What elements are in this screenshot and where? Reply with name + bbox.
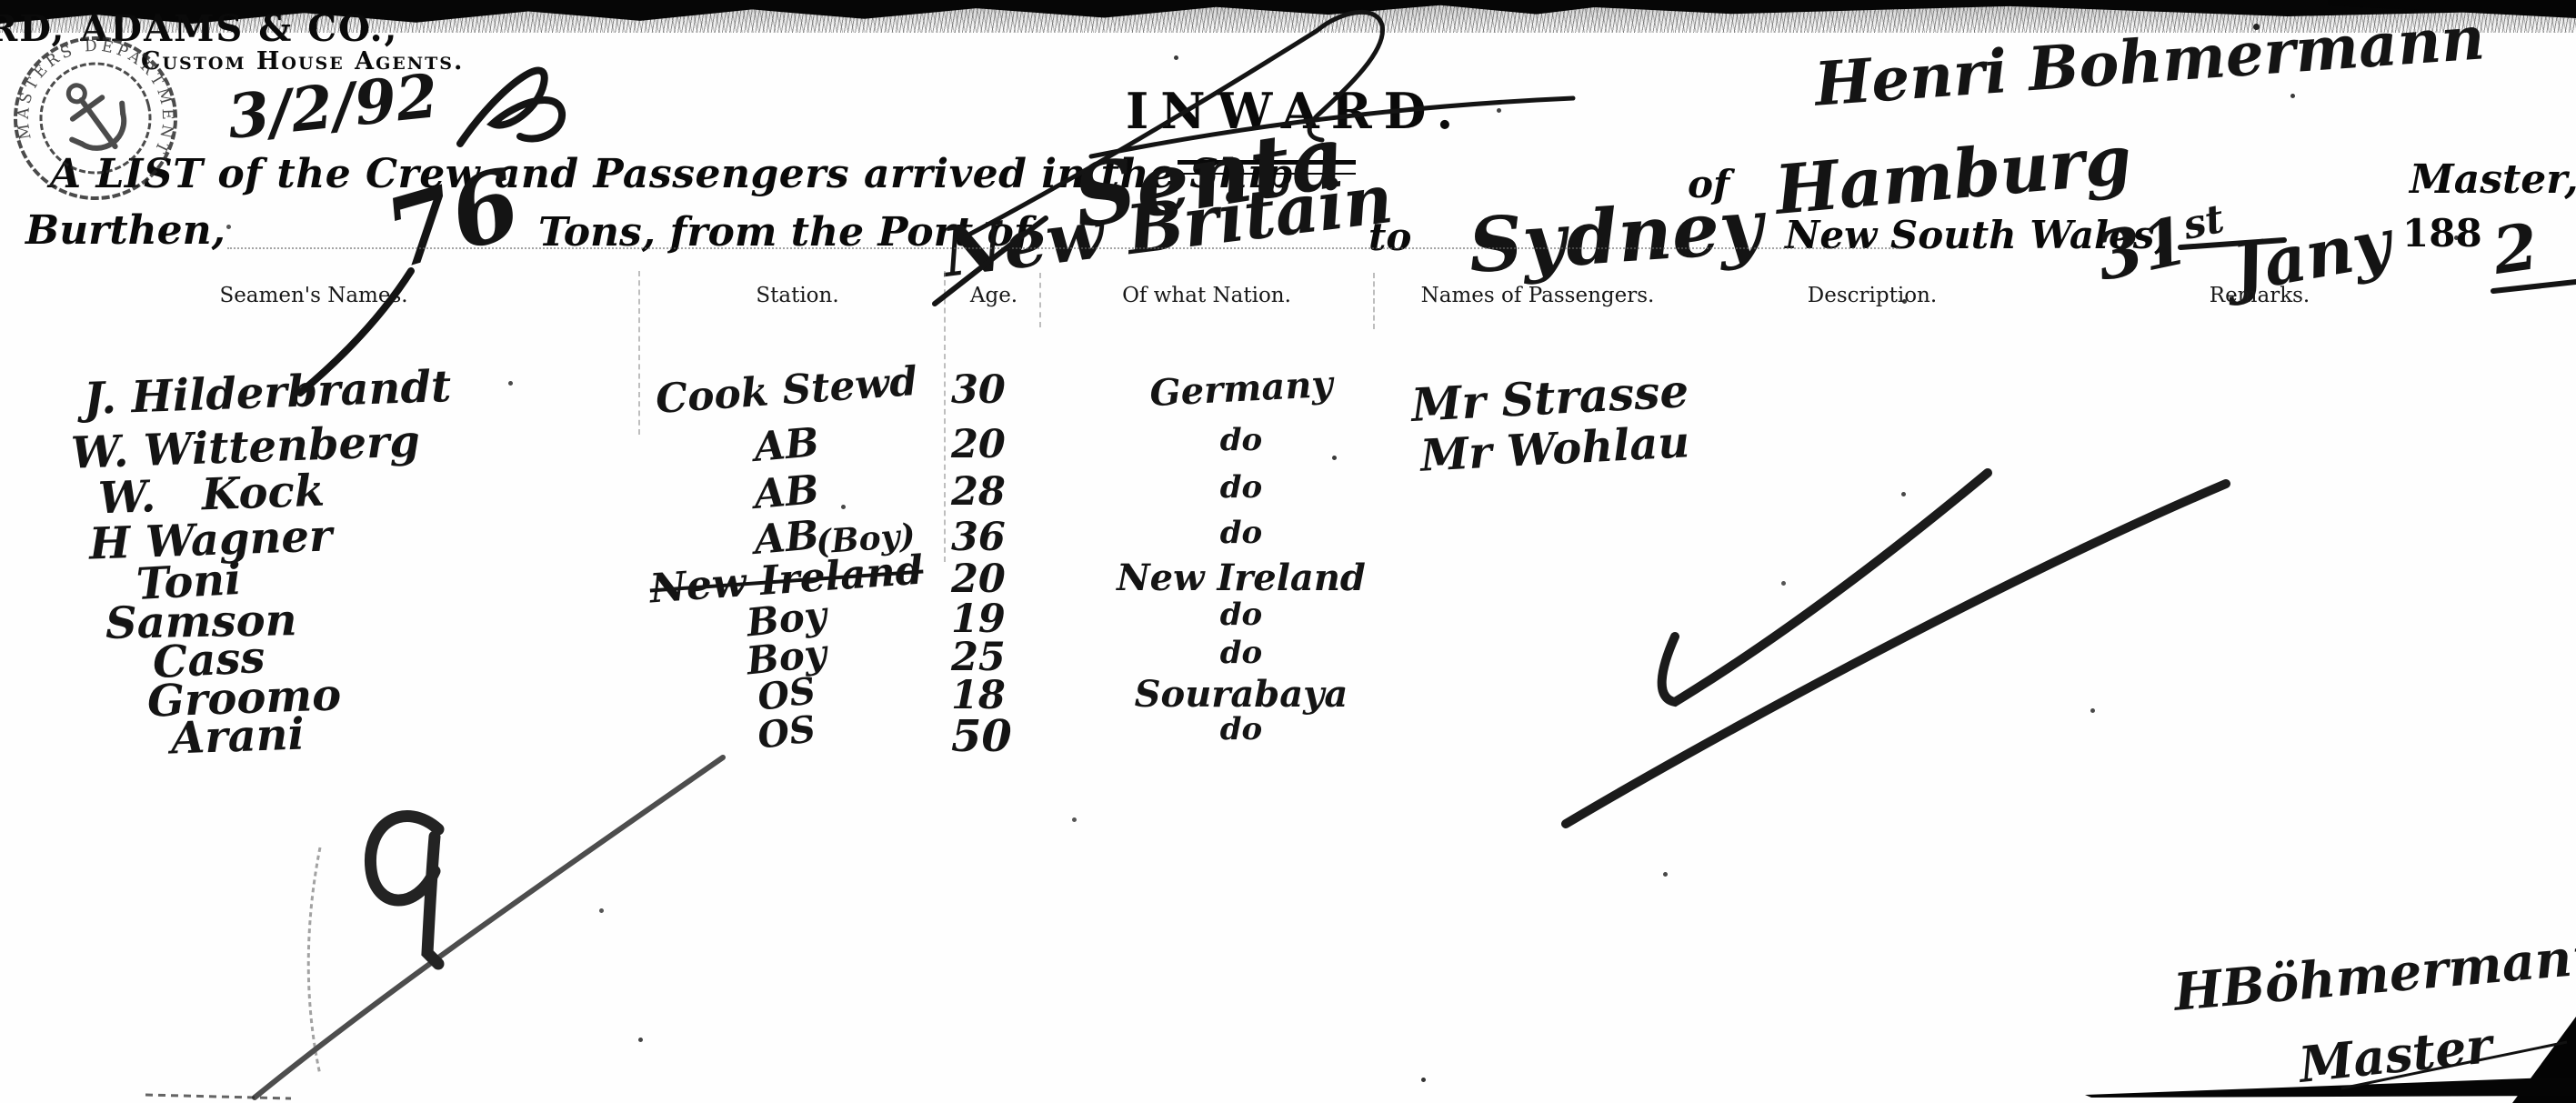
faint-ruled-line — [227, 247, 1900, 249]
crew-age: 28 — [951, 469, 1006, 515]
crew-nation: New Ireland — [1059, 557, 1423, 599]
master-label: Master, — [2410, 156, 2576, 203]
column-header-station: Station. — [756, 284, 838, 307]
scanned-crew-list-document: RD, ADAMS & CO., Custom House Agents. 3/… — [0, 0, 2576, 1103]
crew-nation: Germany — [1058, 358, 1424, 420]
ink-paraph-flourish — [460, 71, 562, 144]
year-digit-handwritten: 2 — [2488, 208, 2542, 289]
crew-age: 20 — [951, 422, 1006, 467]
master-signature: HBöhmermann — [2171, 925, 2576, 1023]
master-signature-title: Master — [2296, 1016, 2494, 1094]
crew-age: 20 — [951, 557, 1006, 602]
crew-nation: do — [1059, 597, 1423, 633]
crew-age: 36 — [951, 515, 1006, 560]
crew-station-correction: (Boy) — [815, 516, 917, 562]
crew-name: Arani — [170, 708, 306, 764]
column-header-age: Age. — [970, 284, 1017, 307]
column-divider-3 — [1039, 273, 1041, 327]
burthen-label: Burthen, — [25, 207, 226, 254]
crew-nation: do — [1059, 469, 1423, 506]
day-suffix: st — [2179, 196, 2228, 249]
column-header-seamens-names: Seamen's Names. — [219, 284, 407, 307]
column-header-remarks: Remarks. — [2210, 284, 2310, 307]
column-header-passengers: Names of Passengers. — [1421, 284, 1655, 307]
year-printed: 188 — [2402, 211, 2482, 256]
crew-nation: do — [1059, 515, 1423, 551]
table-row: Arani OS 50 do — [0, 711, 1782, 764]
crew-nation: do — [1059, 635, 1423, 671]
crew-nation: Sourabaya — [1059, 673, 1423, 716]
scan-dust-specks — [0, 0, 3, 3]
agent-firm-name: RD, ADAMS & CO., — [0, 7, 398, 50]
pencil-diagonal-stroke — [255, 757, 723, 1098]
destination-handwritten: Sydney — [1466, 183, 1766, 290]
scan-bottom-left-mark — [145, 1095, 291, 1098]
column-header-description: Description. — [1808, 284, 1937, 307]
crew-nation: do — [1059, 422, 1423, 458]
crew-age: 30 — [951, 367, 1006, 413]
crew-name: J. Hilderbrandt — [83, 361, 452, 425]
pencil-loop-flourish — [370, 817, 438, 964]
crew-age: 50 — [951, 711, 1012, 762]
crew-nation: do — [1059, 711, 1423, 747]
scan-bottom-right-corner — [2512, 1017, 2576, 1103]
day-handwritten: 31st — [2090, 193, 2234, 296]
pencil-faint-arc — [308, 847, 320, 1075]
column-header-nation: Of what Nation. — [1122, 284, 1291, 307]
to-word: to — [1368, 215, 1411, 259]
column-divider-4 — [1373, 273, 1375, 329]
